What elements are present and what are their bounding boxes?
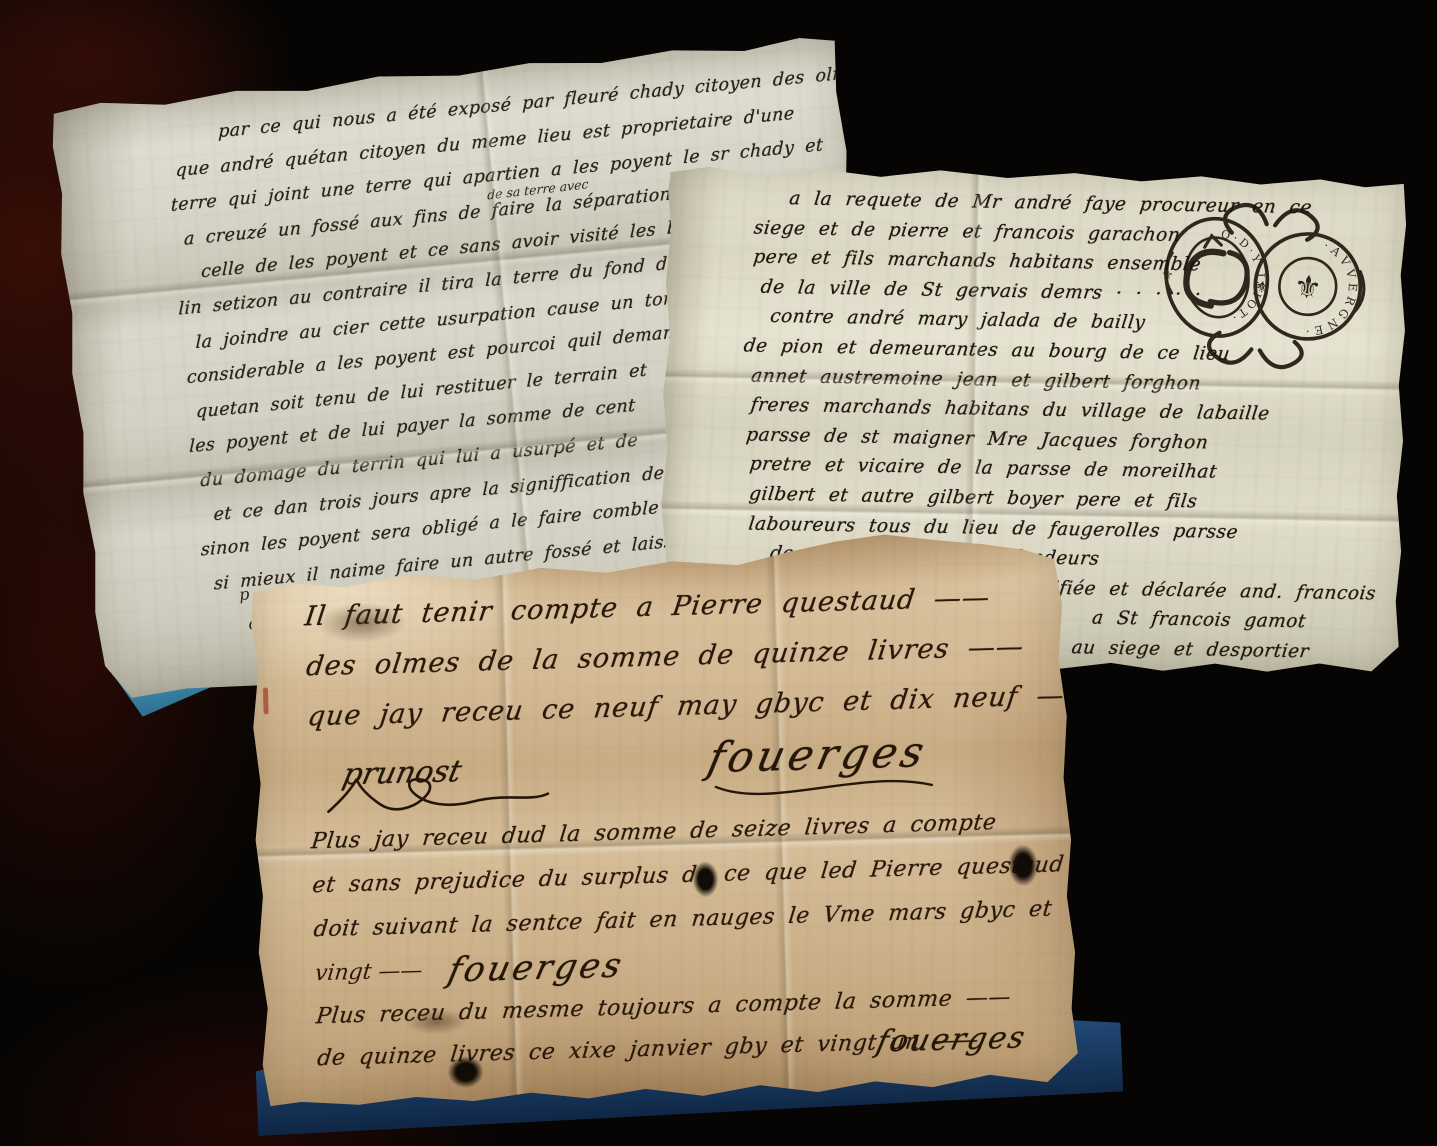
receipt-entry-2: Plus jay receu dud la somme de seize liv… (311, 799, 1068, 996)
tax-stamp: Q·D·Y·ISIOT· ·AVVERGNE· ⚜ ⚜ ⚜ (1146, 178, 1379, 402)
signature-fouerges: fouerges (704, 727, 933, 782)
signature-prunost: prunost (339, 754, 464, 793)
ink-blot (447, 1056, 484, 1089)
margin-mark: p (238, 584, 250, 604)
signature-fouerges: fouerges (873, 1020, 1030, 1059)
red-ink-mark (263, 687, 269, 714)
manuscript-line: au siege et desportier (1070, 633, 1398, 668)
receipt-entry-1: Il faut tenir compte a Pierre questaud —… (304, 571, 1062, 820)
fleur-de-lis-icon: ⚜ (1160, 267, 1174, 284)
receipt-line: vingt —— (312, 949, 424, 996)
fleur-de-lis-icon: ⚜ (1254, 277, 1270, 298)
photo-stage: par ce qui nous a été exposé par fleuré … (0, 0, 1437, 1146)
signature-fouerges: fouerges (444, 943, 628, 992)
bottom-receipt: Il faut tenir compte a Pierre questaud —… (245, 525, 1080, 1110)
fleur-de-lis-icon: ⚜ (1291, 268, 1323, 307)
